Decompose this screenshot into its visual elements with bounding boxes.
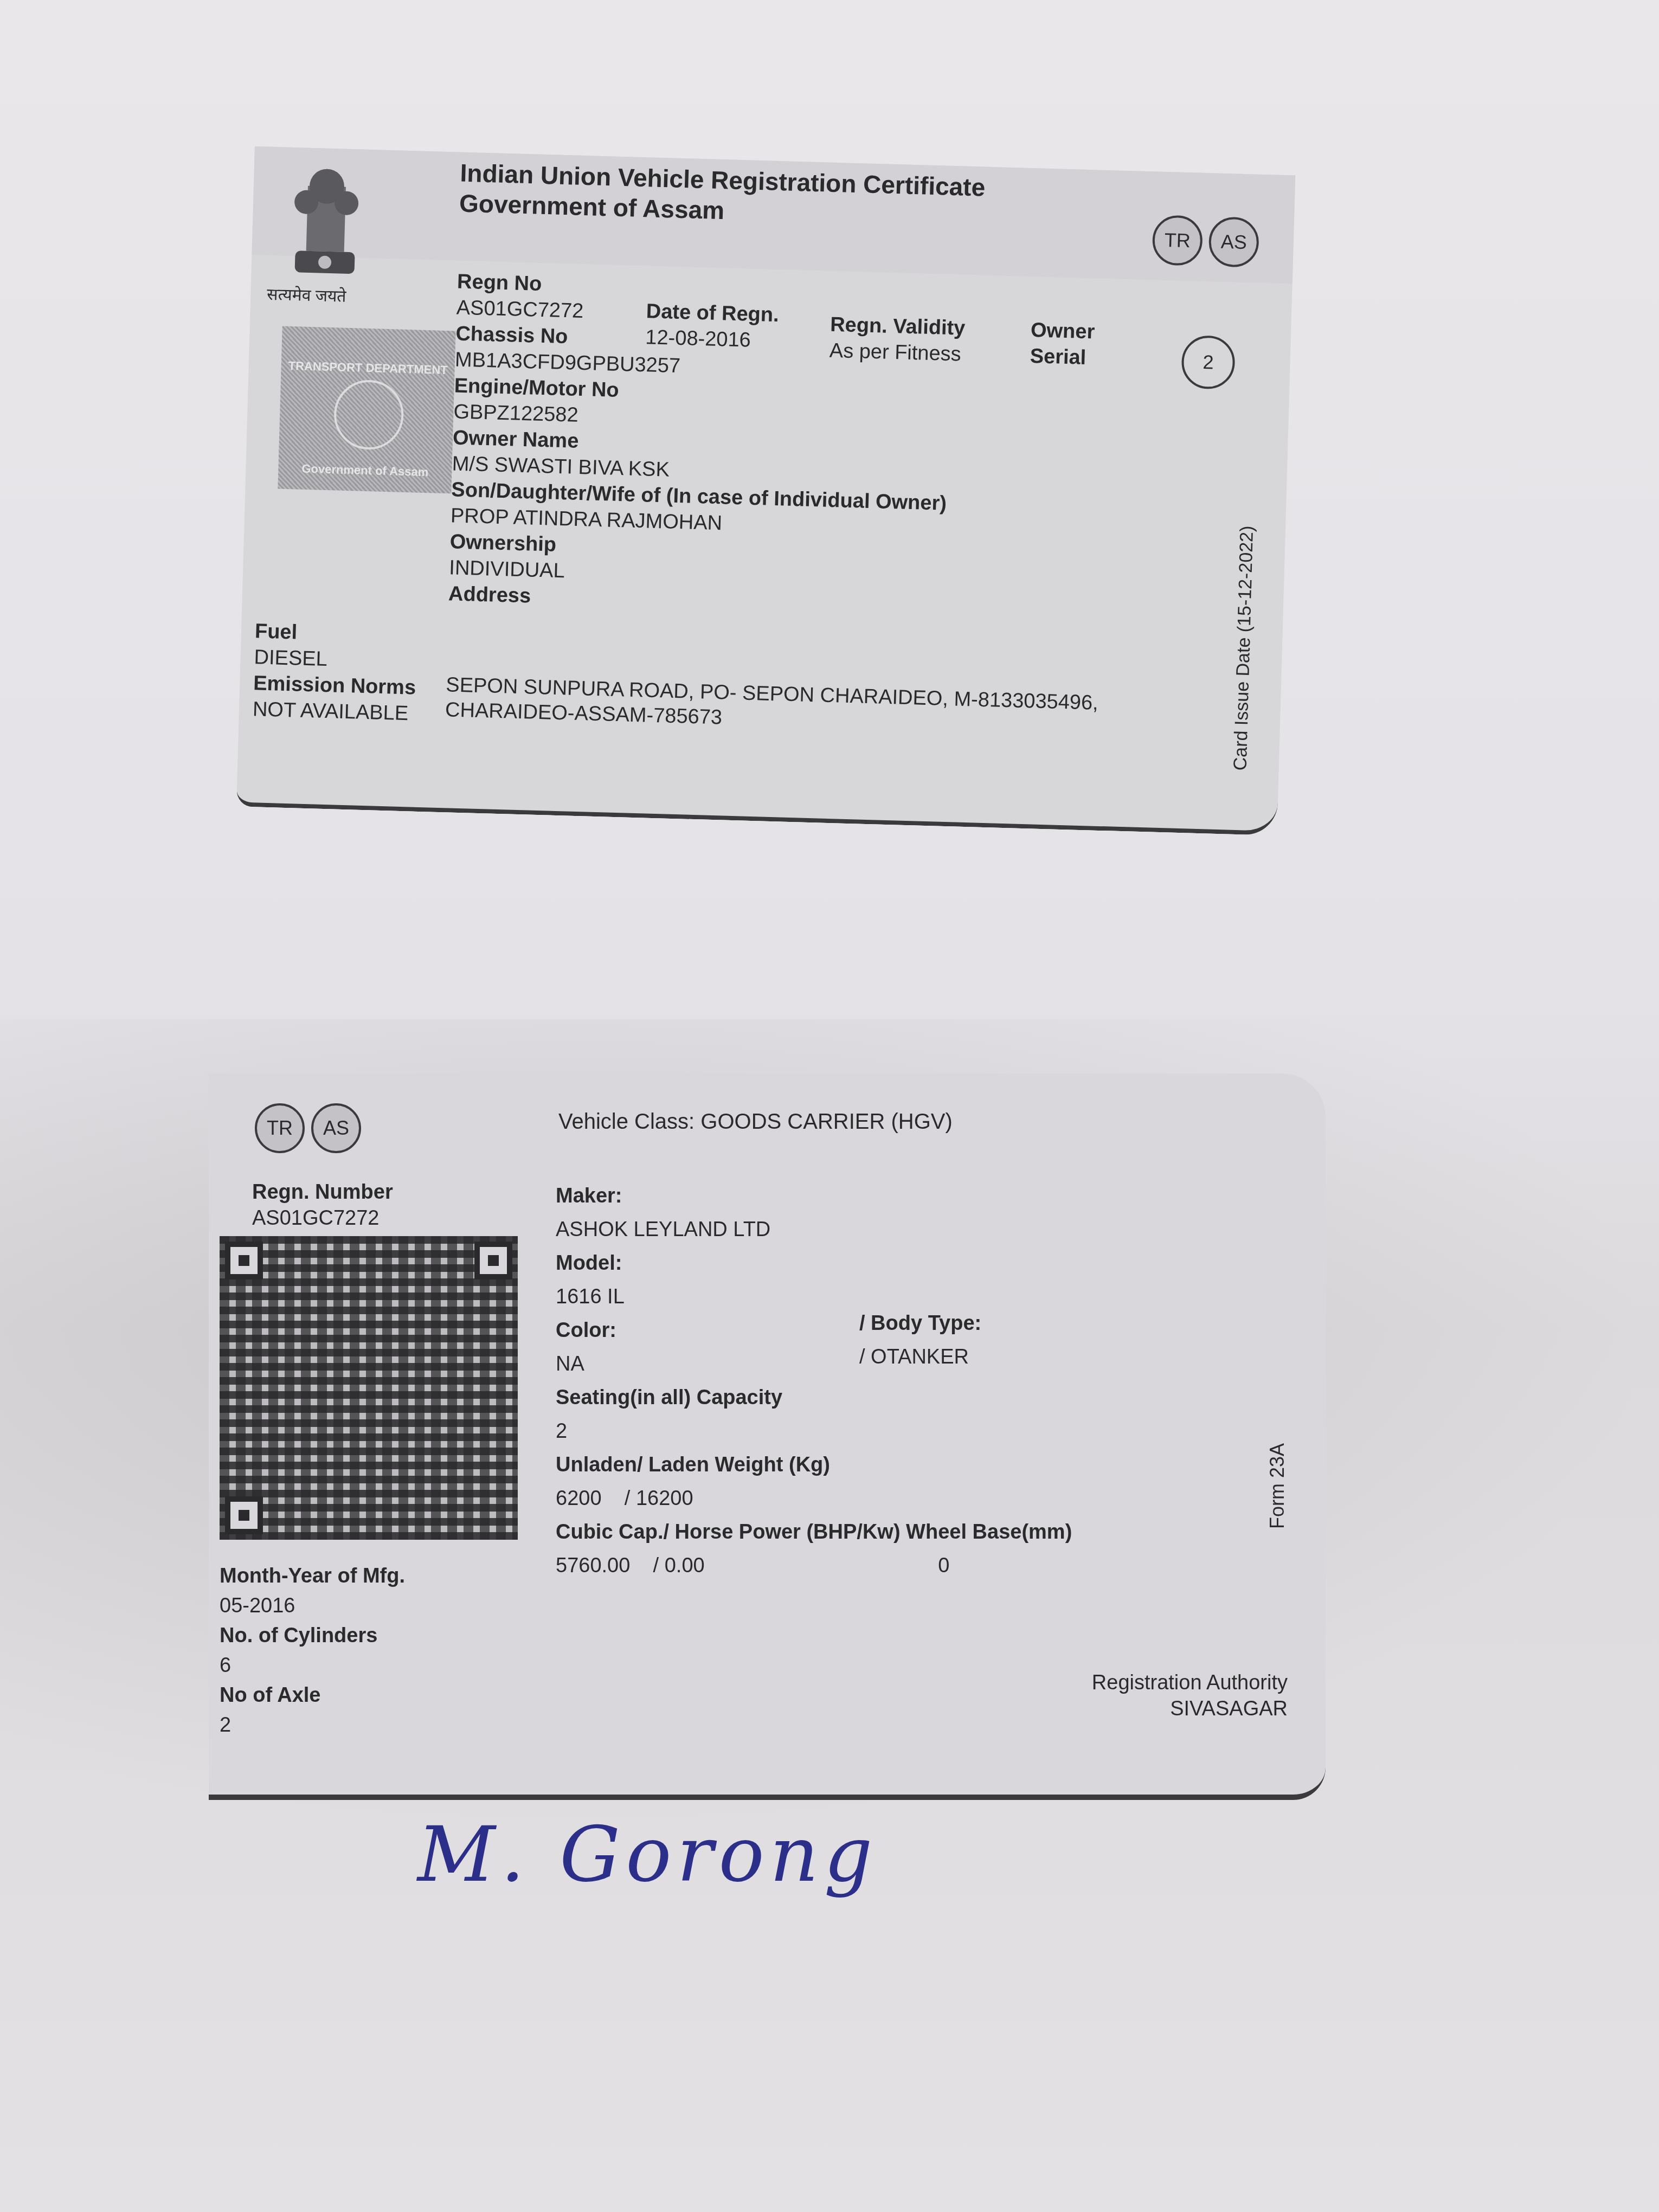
rc-card-front: सत्यमेव जयते TRANSPORT DEPARTMENT Govern…: [236, 146, 1295, 835]
stamp-top-text: TRANSPORT DEPARTMENT: [281, 359, 455, 378]
qr-finder-icon: [474, 1242, 512, 1279]
regn-number-label: Regn. Number: [252, 1179, 393, 1205]
cubic-cap-value: 5760.00: [556, 1554, 630, 1577]
laden-weight-value: / 16200: [625, 1487, 693, 1510]
axle-value: 2: [220, 1711, 405, 1740]
axle-label: No of Axle: [220, 1681, 405, 1711]
address-value: SEPON SUNPURA ROAD, PO- SEPON CHARAIDEO,…: [445, 672, 1259, 745]
seating-value: 2: [556, 1414, 1072, 1448]
owner-serial-label-2: Serial: [1030, 343, 1095, 371]
vehicle-class: Vehicle Class: GOODS CARRIER (HGV): [558, 1109, 953, 1135]
cubic-hp-wheelbase-label: Cubic Cap./ Horse Power (BHP/Kw) Wheel B…: [556, 1515, 1072, 1549]
maker-label: Maker:: [556, 1179, 1072, 1213]
mfg-details: Month-Year of Mfg. 05-2016 No. of Cylind…: [220, 1561, 405, 1740]
regn-validity: Regn. Validity As per Fitness: [829, 312, 966, 368]
qr-finder-icon: [225, 1496, 263, 1534]
cylinders-label: No. of Cylinders: [220, 1621, 405, 1651]
national-emblem-icon: [284, 164, 368, 280]
transport-department-stamp: TRANSPORT DEPARTMENT Government of Assam: [278, 326, 455, 494]
tr-badge: TR: [1152, 215, 1204, 266]
mfg-label: Month-Year of Mfg.: [220, 1561, 405, 1591]
color-label: Color:: [556, 1314, 1072, 1347]
authority-label: Registration Authority: [1092, 1670, 1288, 1696]
qr-finder-icon: [225, 1242, 263, 1279]
horse-power-value: / 0.00: [653, 1554, 705, 1577]
signature: M. Gorong: [417, 1811, 878, 1899]
rc-card-back: TR AS Vehicle Class: GOODS CARRIER (HGV)…: [209, 1073, 1326, 1800]
cubic-hp-wheelbase-values: 5760.00 / 0.00 0: [556, 1549, 1072, 1583]
registration-authority: Registration Authority SIVASAGAR: [1092, 1670, 1288, 1722]
unladen-weight-value: 6200: [556, 1487, 602, 1510]
stamp-emblem-icon: [333, 379, 404, 451]
tr-as-badges: TR AS: [255, 1103, 361, 1153]
emission-label: Emission Norms: [253, 670, 416, 700]
body-type: / Body Type: / OTANKER: [859, 1307, 981, 1374]
date-of-regn: Date of Regn. 12-08-2016: [645, 298, 779, 354]
weight-values: 6200 / 16200: [556, 1482, 1072, 1515]
owner-serial-label-1: Owner: [1030, 317, 1095, 345]
regn-number-value: AS01GC7272: [252, 1205, 393, 1231]
qr-code: [220, 1236, 518, 1540]
seating-label: Seating(in all) Capacity: [556, 1381, 1072, 1414]
color-value: NA: [556, 1347, 1072, 1381]
stamp-bottom-text: Government of Assam: [278, 461, 452, 480]
as-badge: AS: [1208, 216, 1260, 268]
fuel-value: DIESEL: [254, 644, 417, 674]
date-of-regn-value: 12-08-2016: [645, 324, 779, 354]
tr-as-badges: TR AS: [1152, 215, 1259, 267]
emission-value: NOT AVAILABLE: [252, 696, 415, 726]
fuel-label: Fuel: [254, 618, 417, 648]
authority-value: SIVASAGAR: [1092, 1696, 1288, 1722]
motto-text: सत्यमेव जयते: [267, 282, 346, 307]
regn-validity-value: As per Fitness: [829, 338, 964, 368]
tr-badge: TR: [255, 1103, 305, 1153]
mfg-value: 05-2016: [220, 1591, 405, 1621]
weight-label: Unladen/ Laden Weight (Kg): [556, 1448, 1072, 1482]
form-number: Form 23A: [1266, 1420, 1289, 1529]
wheel-base-value: 0: [938, 1554, 949, 1577]
date-of-regn-label: Date of Regn.: [646, 298, 779, 328]
maker-value: ASHOK LEYLAND LTD: [556, 1213, 1072, 1246]
cylinders-value: 6: [220, 1651, 405, 1681]
model-value: 1616 IL: [556, 1280, 1072, 1314]
regn-number: Regn. Number AS01GC7272: [252, 1179, 393, 1231]
owner-serial-value: 2: [1181, 335, 1236, 390]
owner-serial: Owner Serial: [1030, 317, 1095, 371]
body-type-label: / Body Type:: [859, 1307, 981, 1340]
fuel-emission: Fuel DIESEL Emission Norms NOT AVAILABLE: [252, 618, 417, 726]
as-badge: AS: [311, 1103, 361, 1153]
regn-validity-label: Regn. Validity: [830, 312, 966, 342]
body-type-value: / OTANKER: [859, 1340, 981, 1374]
vehicle-details: Maker: ASHOK LEYLAND LTD Model: 1616 IL …: [556, 1179, 1072, 1583]
model-label: Model:: [556, 1246, 1072, 1280]
